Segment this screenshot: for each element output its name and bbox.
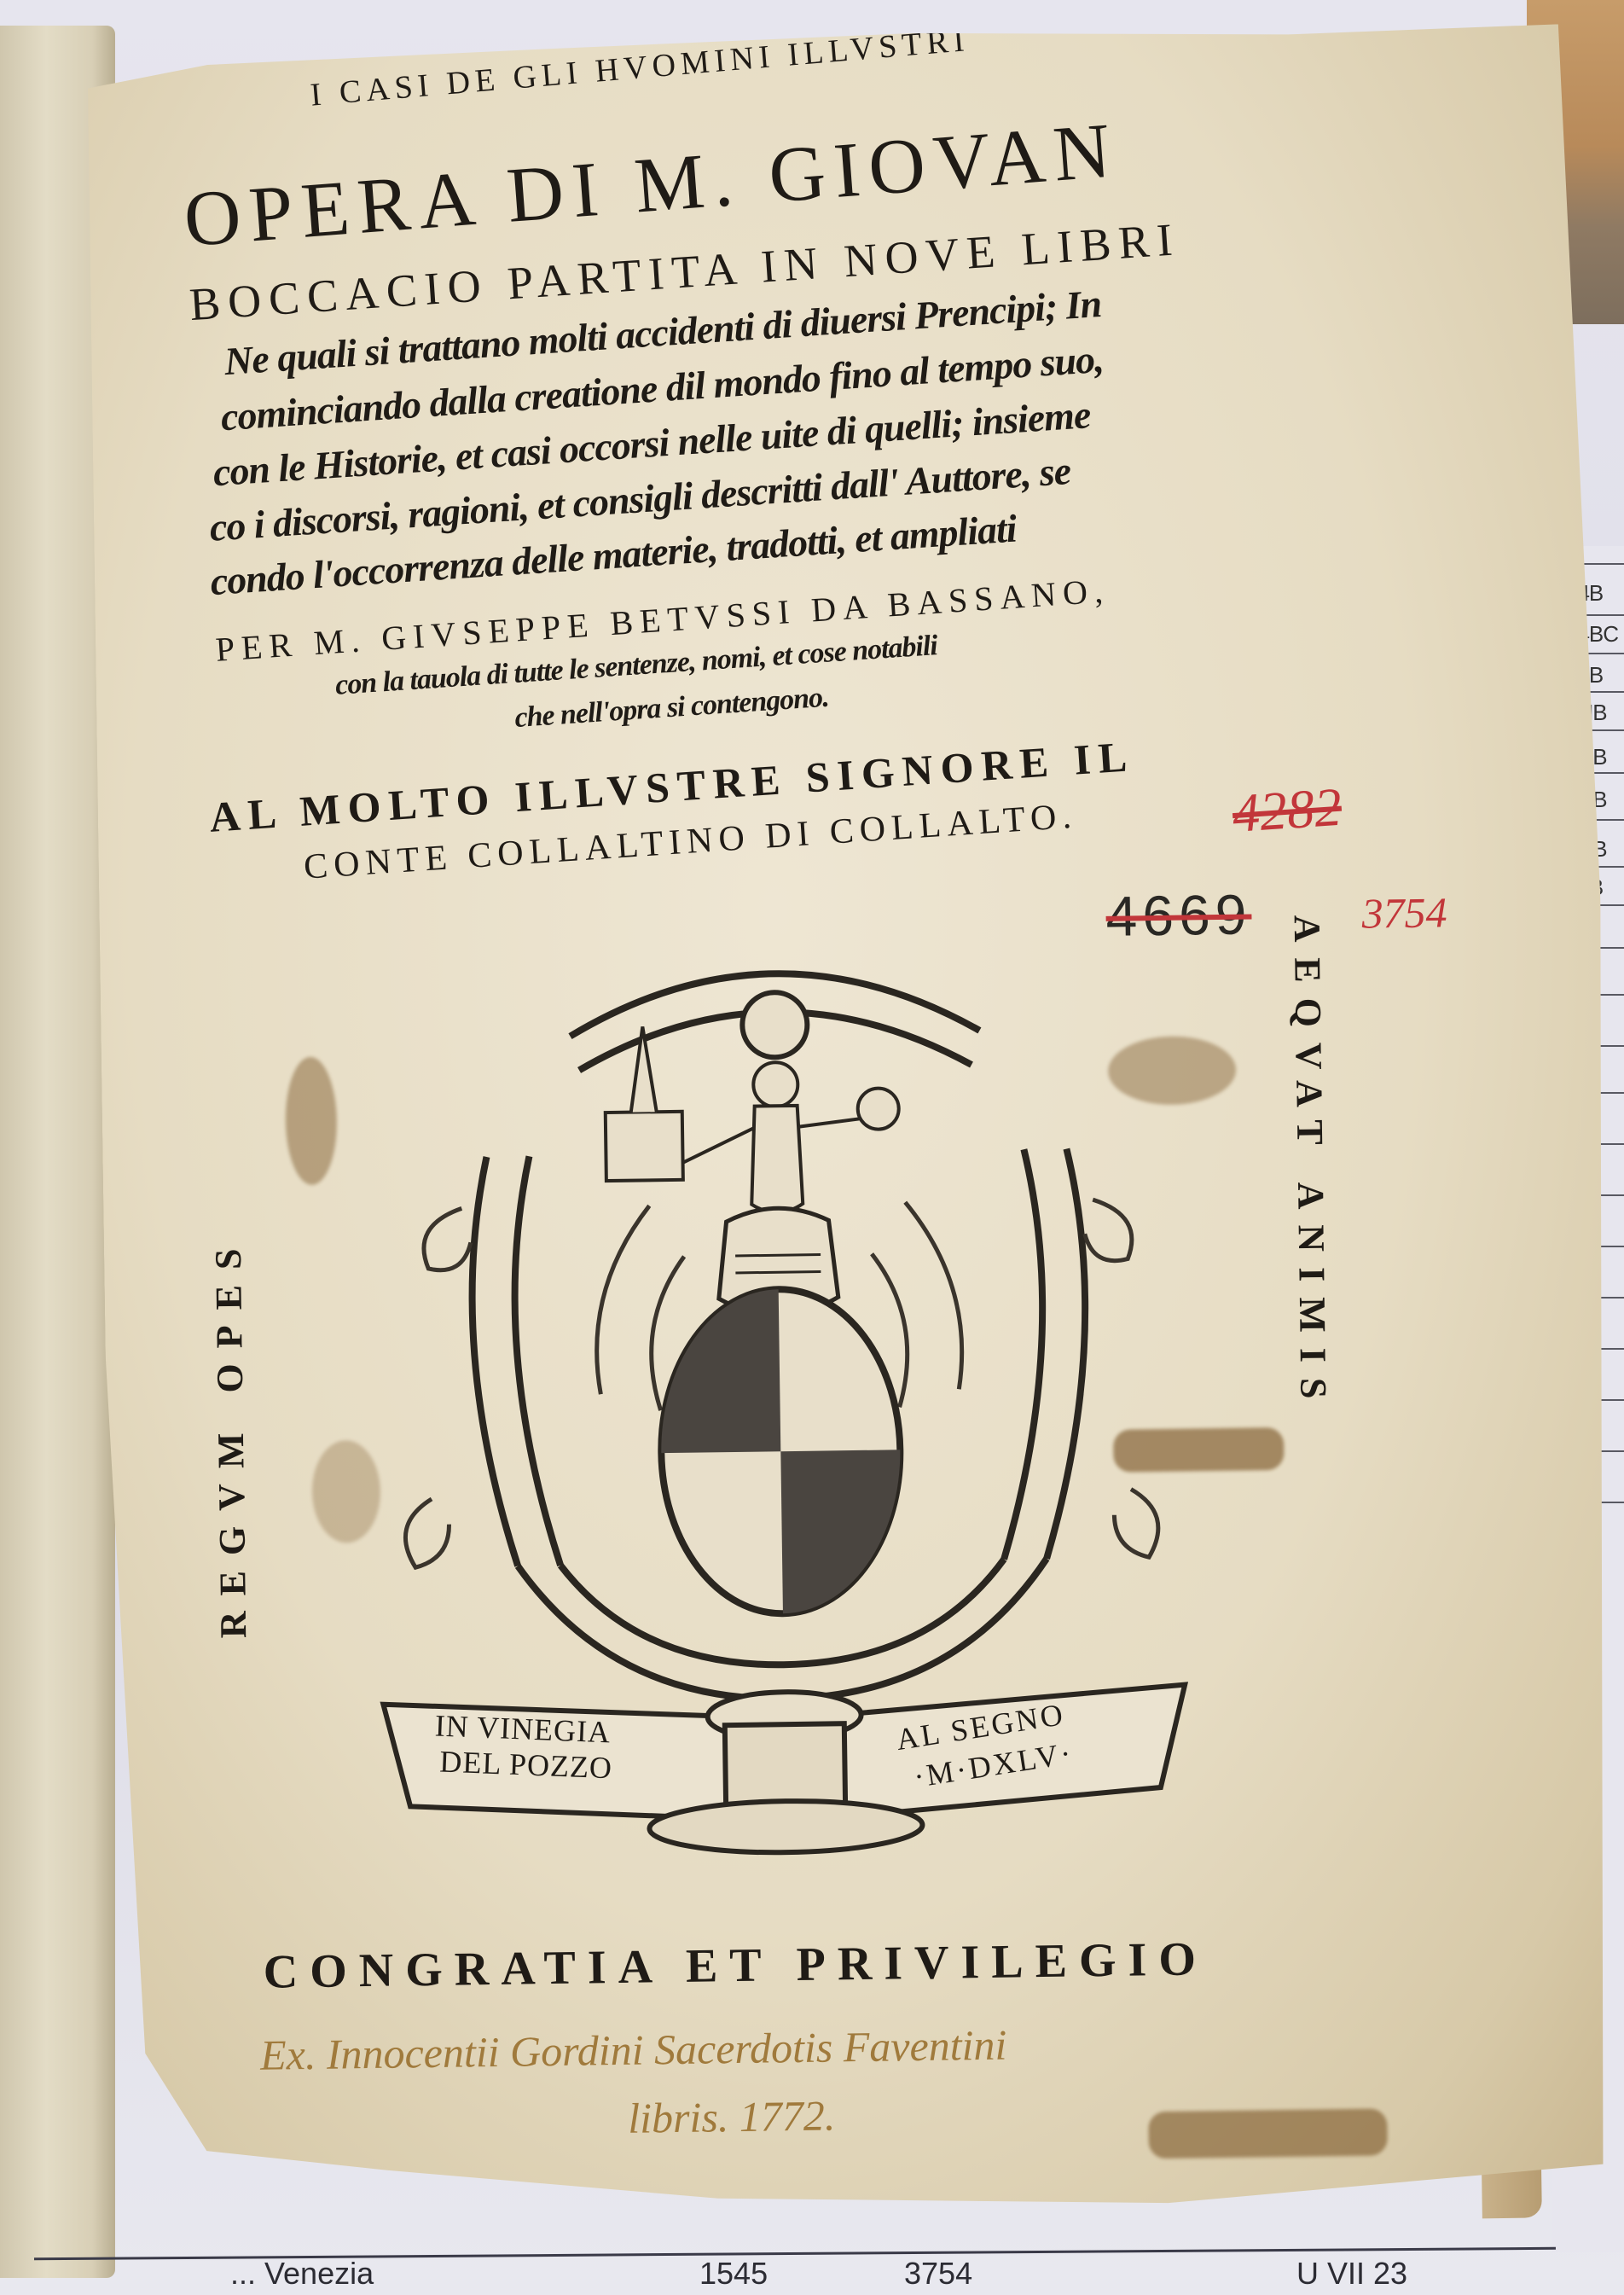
catalog-slip-bottom: ... Venezia 1545 3754 U VII 23 xyxy=(0,2252,1624,2295)
motto-left: REGVM OPES xyxy=(202,973,255,1639)
ink-blot xyxy=(1148,2108,1388,2158)
table-line: che nell'opra si contengono. xyxy=(513,682,829,735)
struck-red-shelfmark: 4282 xyxy=(1231,776,1344,845)
catalog-year: 1545 xyxy=(699,2256,768,2292)
red-shelfmark: 3754 xyxy=(1361,887,1447,938)
title-page: I CASI DE GLI HVOMINI ILLVSTRI OPERA DI … xyxy=(87,24,1619,2228)
catalog-shelfmark: U VII 23 xyxy=(1296,2256,1407,2292)
ownership-inscription-date: libris. 1772. xyxy=(628,2090,836,2142)
motto-right: AEQVAT ANIMIS xyxy=(1285,915,1342,1837)
catalog-number: 3754 xyxy=(904,2256,972,2292)
privilege-line: CONGRATIA ET PRIVILEGIO xyxy=(263,1932,1208,1999)
catalog-place: ... Venezia xyxy=(230,2256,374,2292)
device-text-left: DEL POZZO xyxy=(439,1744,613,1787)
ownership-inscription: Ex. Innocentii Gordini Sacerdotis Favent… xyxy=(260,2020,1007,2080)
